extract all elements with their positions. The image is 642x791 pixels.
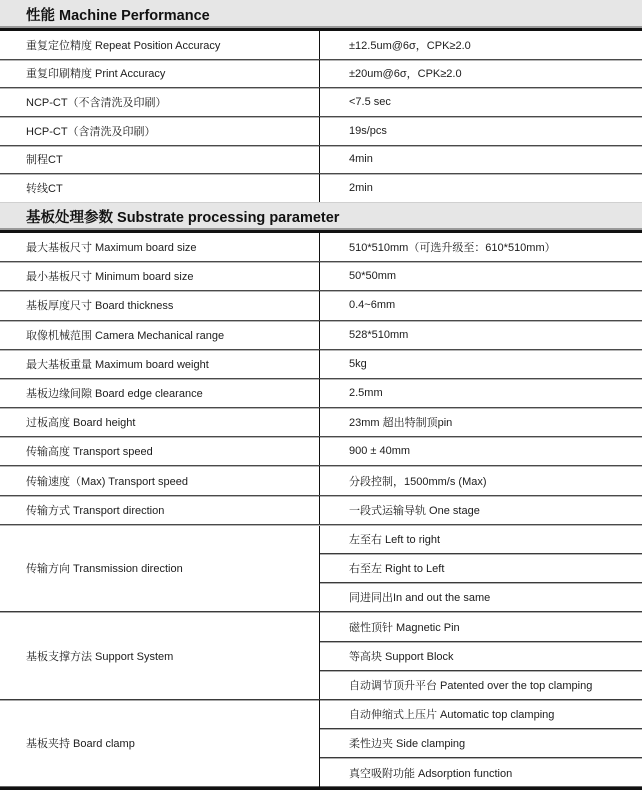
row-value: ±20um@6σ，CPK≥2.0	[320, 60, 642, 88]
row-label: 最小基板尺寸 Minimum board size	[0, 262, 320, 290]
table-row: 转线CT 2min	[0, 174, 642, 203]
row-value: 5kg	[320, 350, 642, 378]
row-label: 过板高度 Board height	[0, 408, 320, 436]
machine-performance-rows: 重复定位精度 Repeat Position Accuracy ±12.5um@…	[0, 31, 642, 203]
row-label: 重复定位精度 Repeat Position Accuracy	[0, 31, 320, 59]
row-label: 传输速度（Max) Transport speed	[0, 466, 320, 494]
row-label: 最大基板重量 Maximum board weight	[0, 350, 320, 378]
row-label: 基板厚度尺寸 Board thickness	[0, 291, 320, 319]
table-row: 制程CT 4min	[0, 146, 642, 175]
row-value: 510*510mm（可选升级至：610*510mm）	[320, 233, 642, 261]
table-group-board-clamp: 基板夹持 Board clamp 自动伸缩式上压片 Automatic top …	[0, 700, 642, 790]
spec-table: 性能 Machine Performance 重复定位精度 Repeat Pos…	[0, 0, 642, 790]
row-value: 50*50mm	[320, 262, 642, 290]
row-value: 23mm 超出特制顶pin	[320, 408, 642, 436]
table-row: HCP-CT（含清洗及印刷） 19s/pcs	[0, 117, 642, 146]
table-row: 最大基板尺寸 Maximum board size 510*510mm（可选升级…	[0, 233, 642, 262]
substrate-processing-rows: 最大基板尺寸 Maximum board size 510*510mm（可选升级…	[0, 233, 642, 790]
group-value: 自动伸缩式上压片 Automatic top clamping	[320, 700, 642, 729]
group-value: 柔性边夹 Side clamping	[320, 729, 642, 758]
row-value: 0.4~6mm	[320, 291, 642, 319]
table-row: 重复印刷精度 Print Accuracy ±20um@6σ，CPK≥2.0	[0, 60, 642, 89]
group-value: 真空吸附功能 Adsorption function	[320, 758, 642, 786]
row-value: 19s/pcs	[320, 117, 642, 145]
table-row: NCP-CT（不含清洗及印刷） <7.5 sec	[0, 88, 642, 117]
row-value: <7.5 sec	[320, 88, 642, 116]
table-row: 基板厚度尺寸 Board thickness 0.4~6mm	[0, 291, 642, 320]
row-label: 传输方式 Transport direction	[0, 496, 320, 524]
group-value: 右至左 Right to Left	[320, 554, 642, 583]
group-label: 基板支撑方法 Support System	[0, 612, 320, 699]
row-label: 重复印刷精度 Print Accuracy	[0, 60, 320, 88]
row-label: 最大基板尺寸 Maximum board size	[0, 233, 320, 261]
table-row: 基板边缘间隙 Board edge clearance 2.5mm	[0, 379, 642, 408]
group-label: 基板夹持 Board clamp	[0, 700, 320, 787]
group-label: 传输方向 Transmission direction	[0, 525, 320, 612]
row-value: 一段式运输导轨 One stage	[320, 496, 642, 524]
row-label: 制程CT	[0, 146, 320, 174]
row-label: 传输高度 Transport speed	[0, 437, 320, 465]
table-row: 传输高度 Transport speed 900 ± 40mm	[0, 437, 642, 466]
group-values: 磁性顶针 Magnetic Pin 等高块 Support Block 自动调节…	[320, 612, 642, 699]
group-value: 左至右 Left to right	[320, 525, 642, 554]
table-row: 传输方式 Transport direction 一段式运输导轨 One sta…	[0, 496, 642, 525]
row-label: 转线CT	[0, 174, 320, 202]
row-value: ±12.5um@6σ，CPK≥2.0	[320, 31, 642, 59]
table-group-support-system: 基板支撑方法 Support System 磁性顶针 Magnetic Pin …	[0, 612, 642, 700]
table-group-transmission-direction: 传输方向 Transmission direction 左至右 Left to …	[0, 525, 642, 613]
group-value: 自动调节顶升平台 Patented over the top clamping	[320, 671, 642, 699]
group-value: 等高块 Support Block	[320, 642, 642, 671]
row-value: 900 ± 40mm	[320, 437, 642, 465]
row-value: 2.5mm	[320, 379, 642, 407]
table-row: 取像机械范围 Camera Mechanical range 528*510mm	[0, 321, 642, 350]
row-label: NCP-CT（不含清洗及印刷）	[0, 88, 320, 116]
table-row: 最大基板重量 Maximum board weight 5kg	[0, 350, 642, 379]
group-value: 磁性顶针 Magnetic Pin	[320, 612, 642, 641]
row-label: 取像机械范围 Camera Mechanical range	[0, 321, 320, 349]
table-row: 最小基板尺寸 Minimum board size 50*50mm	[0, 262, 642, 291]
row-value: 528*510mm	[320, 321, 642, 349]
group-values: 自动伸缩式上压片 Automatic top clamping 柔性边夹 Sid…	[320, 700, 642, 787]
row-value: 2min	[320, 174, 642, 202]
table-row: 过板高度 Board height 23mm 超出特制顶pin	[0, 408, 642, 437]
table-row: 传输速度（Max) Transport speed 分段控制，1500mm/s …	[0, 466, 642, 495]
group-values: 左至右 Left to right 右至左 Right to Left 同进同出…	[320, 525, 642, 612]
group-value: 同进同出In and out the same	[320, 583, 642, 611]
row-value: 4min	[320, 146, 642, 174]
row-label: HCP-CT（含清洗及印刷）	[0, 117, 320, 145]
table-row: 重复定位精度 Repeat Position Accuracy ±12.5um@…	[0, 31, 642, 60]
row-label: 基板边缘间隙 Board edge clearance	[0, 379, 320, 407]
row-value: 分段控制，1500mm/s (Max)	[320, 466, 642, 494]
section-header-substrate-processing: 基板处理参数 Substrate processing parameter	[0, 203, 642, 233]
section-header-machine-performance: 性能 Machine Performance	[0, 0, 642, 31]
